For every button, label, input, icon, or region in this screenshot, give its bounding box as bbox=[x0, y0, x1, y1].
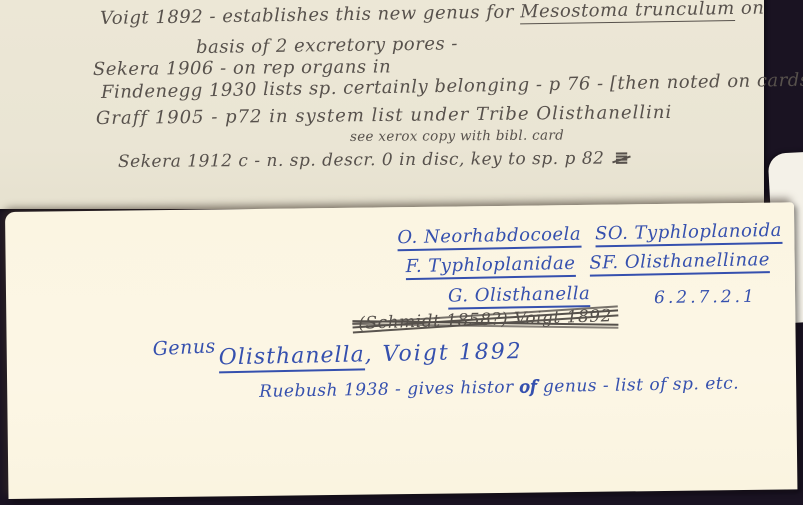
family-name: F. Typhloplanidae bbox=[405, 253, 575, 280]
taxonomy-line-genus-abbrev: G. Olisthanella bbox=[448, 283, 591, 306]
subfamily-name: SF. Olisthanellinae bbox=[589, 249, 770, 276]
crossed-out-text: (Schmidt 1858?) Voigt 1892 bbox=[358, 306, 612, 334]
ruebush-note-post: genus - list of sp. etc. bbox=[537, 374, 739, 398]
taxonomy-line-order: O. NeorhabdocoelaSO. Typhloplanoida bbox=[397, 220, 782, 248]
voigt-text-pre: Voigt 1892 - establishes this new genus … bbox=[100, 1, 520, 29]
ruebush-note-pre: Ruebush 1938 - gives histor bbox=[259, 377, 520, 402]
ruebush-note-overwritten-of: of bbox=[519, 377, 537, 397]
cancelled-tally-mark: ≣ bbox=[614, 148, 629, 168]
sekera1912-text: Sekera 1912 c - n. sp. descr. 0 in disc,… bbox=[118, 149, 605, 172]
genus-heading: Olisthanella, Voigt 1892 bbox=[219, 339, 523, 370]
voigt-text-post: on bbox=[735, 0, 765, 19]
crossed-out-synonymy: (Schmidt 1858?) Voigt 1892 bbox=[358, 306, 612, 334]
top-card-line-voigt: Voigt 1892 - establishes this new genus … bbox=[100, 0, 765, 29]
order-name: O. Neorhabdocoela bbox=[397, 224, 581, 252]
genus-abbrev-name: G. Olisthanella bbox=[448, 283, 591, 309]
genus-label: Genus bbox=[152, 335, 216, 360]
genus-name-underlined: Olisthanella bbox=[219, 342, 365, 373]
suborder-name: SO. Typhloplanoida bbox=[595, 220, 782, 248]
scanned-card-background: Voigt 1892 - establishes this new genus … bbox=[0, 0, 803, 505]
top-card-line-basis: basis of 2 excretory pores - bbox=[196, 33, 458, 58]
top-card-line-sekera1912: Sekera 1912 c - n. sp. descr. 0 in disc,… bbox=[118, 148, 629, 172]
top-index-card: Voigt 1892 - establishes this new genus … bbox=[0, 0, 764, 209]
species-name-underlined: Mesostoma trunculum bbox=[520, 0, 735, 24]
classification-code: 6.2.7.2.1 bbox=[654, 287, 757, 308]
top-card-line-graff: Graff 1905 - p72 in system list under Tr… bbox=[96, 102, 672, 129]
genus-author: , Voigt 1892 bbox=[364, 339, 523, 367]
top-card-line-sekera1906: Sekera 1906 - on rep organs in bbox=[93, 56, 391, 80]
ruebush-note: Ruebush 1938 - gives histor of genus - l… bbox=[259, 374, 739, 402]
taxonomy-line-family: F. TyphloplanidaeSF. Olisthanellinae bbox=[405, 249, 770, 277]
top-card-line-xerox-note: see xerox copy with bibl. card bbox=[350, 128, 564, 145]
bottom-index-card: O. NeorhabdocoelaSO. Typhloplanoida F. T… bbox=[5, 202, 797, 499]
